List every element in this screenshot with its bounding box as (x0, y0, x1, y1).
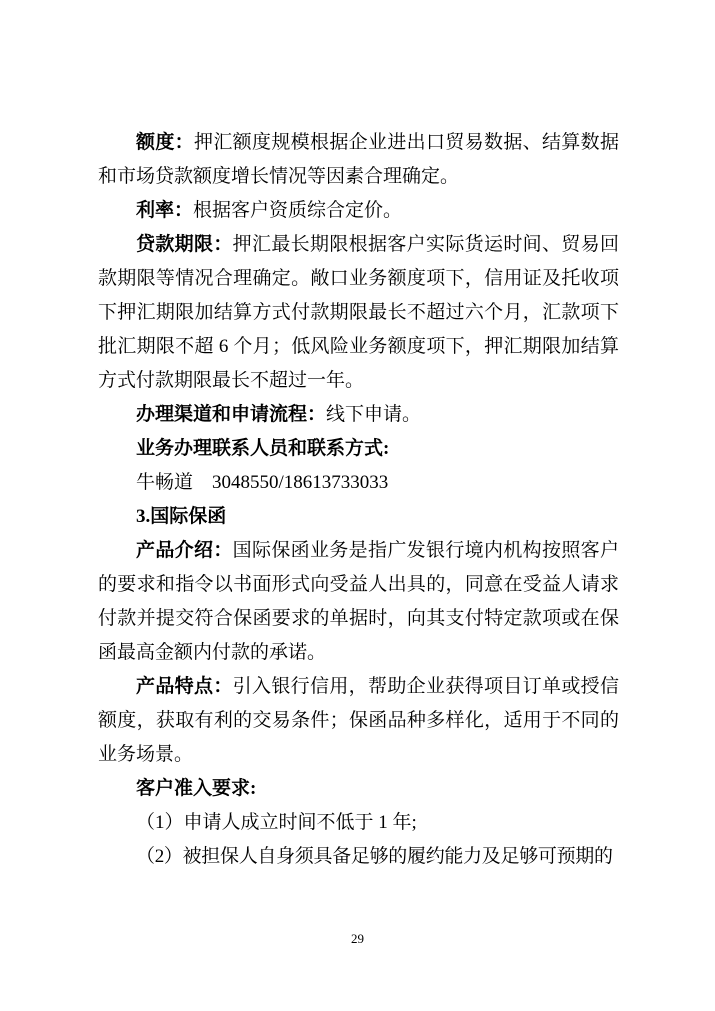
paragraph-text: （2）被担保人自身须具备足够的履约能力及足够可预期的 (136, 846, 613, 867)
paragraph-requirement-2: （2）被担保人自身须具备足够的履约能力及足够可预期的 (98, 840, 619, 874)
paragraph-text: 线下申请。 (326, 404, 421, 425)
paragraph-contact-info: 牛畅道 3048550/18613733033 (98, 466, 619, 500)
section-heading-international-guarantee: 3.国际保函 (98, 500, 619, 534)
paragraph-label: 利率： (136, 200, 193, 221)
paragraph-label: 客户准入要求: (136, 778, 256, 799)
paragraph-application-channel: 办理渠道和申请流程：线下申请。 (98, 398, 619, 432)
paragraph-label: 办理渠道和申请流程： (136, 404, 326, 425)
paragraph-text: （1）申请人成立时间不低于 1 年; (136, 812, 417, 833)
paragraph-customer-requirements-heading: 客户准入要求: (98, 772, 619, 806)
document-body: 额度：押汇额度规模根据企业进出口贸易数据、结算数据和市场贷款额度增长情况等因素合… (98, 126, 619, 874)
paragraph-label: 产品特点： (136, 676, 233, 697)
paragraph-text: 根据客户资质综合定价。 (193, 200, 402, 221)
paragraph-product-features: 产品特点：引入银行信用，帮助企业获得项目订单或授信额度，获取有利的交易条件；保函… (98, 670, 619, 772)
paragraph-label: 贷款期限： (136, 234, 233, 255)
paragraph-text: 牛畅道 3048550/18613733033 (136, 472, 388, 493)
paragraph-label: 业务办理联系人员和联系方式: (136, 438, 389, 459)
paragraph-quota: 额度：押汇额度规模根据企业进出口贸易数据、结算数据和市场贷款额度增长情况等因素合… (98, 126, 619, 194)
document-page: 额度：押汇额度规模根据企业进出口贸易数据、结算数据和市场贷款额度增长情况等因素合… (0, 0, 715, 1011)
paragraph-label: 额度： (136, 132, 194, 153)
paragraph-loan-term: 贷款期限：押汇最长期限根据客户实际货运时间、贸易回款期限等情况合理确定。敞口业务… (98, 228, 619, 398)
paragraph-product-intro: 产品介绍：国际保函业务是指广发银行境内机构按照客户的要求和指令以书面形式向受益人… (98, 534, 619, 670)
page-number: 29 (0, 930, 715, 948)
paragraph-label: 3.国际保函 (136, 506, 226, 527)
paragraph-contact-heading: 业务办理联系人员和联系方式: (98, 432, 619, 466)
paragraph-text: 押汇最长期限根据客户实际货运时间、贸易回款期限等情况合理确定。敞口业务额度项下，… (98, 234, 619, 391)
paragraph-label: 产品介绍： (136, 540, 233, 561)
paragraph-requirement-1: （1）申请人成立时间不低于 1 年; (98, 806, 619, 840)
paragraph-rate: 利率：根据客户资质综合定价。 (98, 194, 619, 228)
